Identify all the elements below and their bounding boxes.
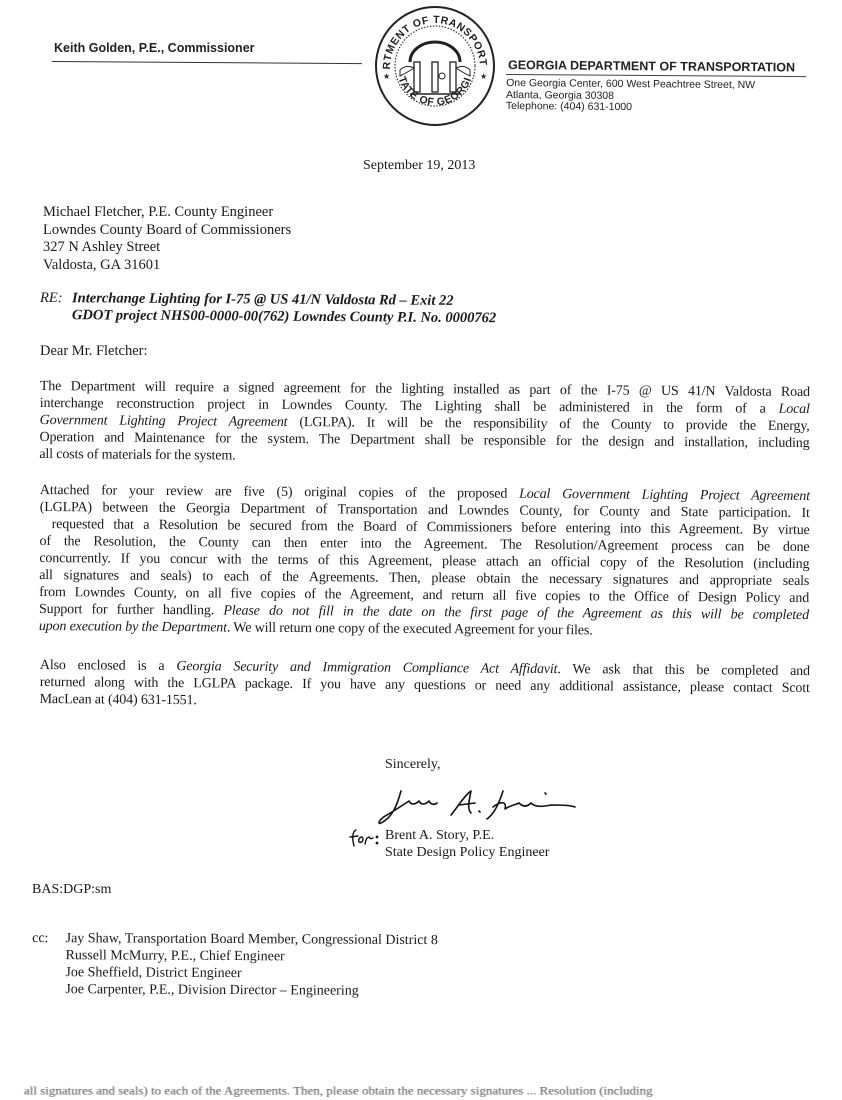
header-rule-left <box>52 61 362 64</box>
recipient-line: Michael Fletcher, P.E. County Engineer <box>43 204 291 222</box>
scan-bleed-through-text: all signatures and seals) to each of the… <box>24 1084 653 1098</box>
recipient-address: Michael Fletcher, P.E. County Engineer L… <box>43 204 291 274</box>
gdot-seal-icon: DEPARTMENT OF TRANSPORTATION STATE OF GE… <box>370 4 500 128</box>
body-paragraph-1: The Department will require a signed agr… <box>39 378 810 469</box>
recipient-line: 327 N Ashley Street <box>43 239 291 257</box>
department-address: One Georgia Center, 600 West Peachtree S… <box>506 78 755 115</box>
signer-name: Brent A. Story, P.E. <box>385 827 549 844</box>
salutation: Dear Mr. Fletcher: <box>40 343 148 360</box>
for-handwritten-icon <box>348 826 380 850</box>
cc-recipient: Joe Sheffield, District Engineer <box>65 964 437 983</box>
subject-title: Interchange Lighting for I-75 @ US 41/N … <box>72 290 454 309</box>
subject-label: RE: <box>40 290 72 307</box>
subject-project: GDOT project NHS00-0000-00(762) Lowndes … <box>40 307 496 327</box>
valediction: Sincerely, <box>385 757 440 773</box>
cc-recipient: Joe Carpenter, P.E., Division Director –… <box>65 981 437 1000</box>
svg-text:DEPARTMENT OF TRANSPORTATION: DEPARTMENT OF TRANSPORTATION <box>370 4 489 70</box>
cc-list: cc: Jay Shaw, Transportation Board Membe… <box>32 930 438 1000</box>
reference-initials: BAS:DGP:sm <box>32 882 111 898</box>
cc-recipient: Jay Shaw, Transportation Board Member, C… <box>66 930 438 949</box>
subject-line: RE:Interchange Lighting for I-75 @ US 41… <box>40 290 496 327</box>
address-line: Telephone: (404) 631-1000 <box>506 101 755 115</box>
recipient-line: Valdosta, GA 31601 <box>43 257 291 275</box>
signer-title: State Design Policy Engineer <box>385 844 549 861</box>
commissioner-name: Keith Golden, P.E., Commissioner <box>54 41 255 55</box>
body-paragraph-2: Attached for your review are five (5) or… <box>39 482 810 641</box>
letter-date: September 19, 2013 <box>363 158 475 174</box>
svg-text:★: ★ <box>383 72 390 81</box>
body-paragraph-3: Also enclosed is a Georgia Security and … <box>40 657 810 714</box>
cc-recipient: Russell McMurry, P.E., Chief Engineer <box>65 947 437 966</box>
handwritten-signature-icon <box>375 783 585 829</box>
signer-block: Brent A. Story, P.E. State Design Policy… <box>385 827 549 861</box>
department-name: GEORGIA DEPARTMENT OF TRANSPORTATION <box>508 58 795 75</box>
svg-text:★: ★ <box>480 72 487 81</box>
cc-label: cc: <box>32 930 62 947</box>
recipient-line: Lowndes County Board of Commissioners <box>43 222 291 240</box>
